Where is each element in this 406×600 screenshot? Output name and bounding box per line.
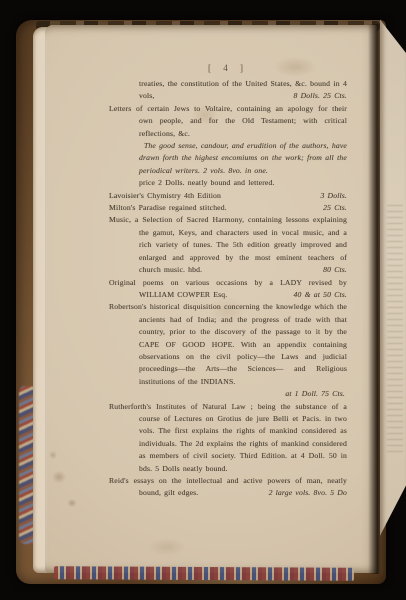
catalog-entry: Letters of certain Jews to Voltaire, con… bbox=[109, 103, 347, 190]
entry-price: 3 Dolls. bbox=[314, 190, 347, 202]
facing-page bbox=[380, 0, 406, 558]
catalog-entry: Original poems on various occasions by a… bbox=[109, 277, 347, 302]
facing-page-text-blur bbox=[387, 205, 403, 455]
entry-text: Music, a Selection of Sacred Harmony, co… bbox=[109, 215, 347, 274]
entry-text: Robertson's historical disquisition conc… bbox=[109, 302, 347, 385]
catalog-entry: treaties, the constitution of the United… bbox=[109, 78, 347, 103]
entry-note: The good sense, candour, and erudition o… bbox=[139, 140, 347, 177]
entry-note-after: price 2 Dolls. neatly bound and lettered… bbox=[139, 177, 347, 189]
catalog-entry: Lavoisier's Chymistry 4th Edition3 Dolls… bbox=[109, 190, 347, 202]
book-page: [ 4 ] treaties, the constitution of the … bbox=[45, 25, 377, 573]
entry-text: Lavoisier's Chymistry 4th Edition bbox=[109, 191, 221, 200]
entry-text: Milton's Paradise regained stitched. bbox=[109, 203, 227, 212]
entry-text: Letters of certain Jews to Voltaire, con… bbox=[109, 104, 347, 138]
catalog-entry: Robertson's historical disquisition conc… bbox=[109, 301, 347, 400]
page-number: [ 4 ] bbox=[109, 63, 347, 73]
entry-price: 8 Dolls. 25 Cts. bbox=[288, 90, 347, 102]
catalog-entry: Music, a Selection of Sacred Harmony, co… bbox=[109, 214, 347, 276]
catalog-entry: Milton's Paradise regained stitched.25 C… bbox=[109, 202, 347, 214]
entry-price: 80 Cts. bbox=[317, 264, 347, 276]
entry-text: Rutherforth's Institutes of Natural Law … bbox=[109, 402, 347, 473]
entry-price: 25 Cts. bbox=[317, 202, 347, 214]
catalog-entry: Rutherforth's Institutes of Natural Law … bbox=[109, 401, 347, 475]
decorated-fore-edge bbox=[54, 566, 354, 581]
entry-price-line: at 1 Doll. 75 Cts. bbox=[139, 388, 347, 400]
catalog-entry: Reid's essays on the intellectual and ac… bbox=[109, 475, 347, 500]
entry-price: 2 large vols. 8vo. 5 Do bbox=[263, 487, 347, 499]
catalog-text-block: treaties, the constitution of the United… bbox=[109, 78, 347, 500]
entry-price: 40 & at 50 Cts. bbox=[288, 289, 347, 301]
open-book-photo: [ 4 ] treaties, the constitution of the … bbox=[0, 0, 406, 600]
